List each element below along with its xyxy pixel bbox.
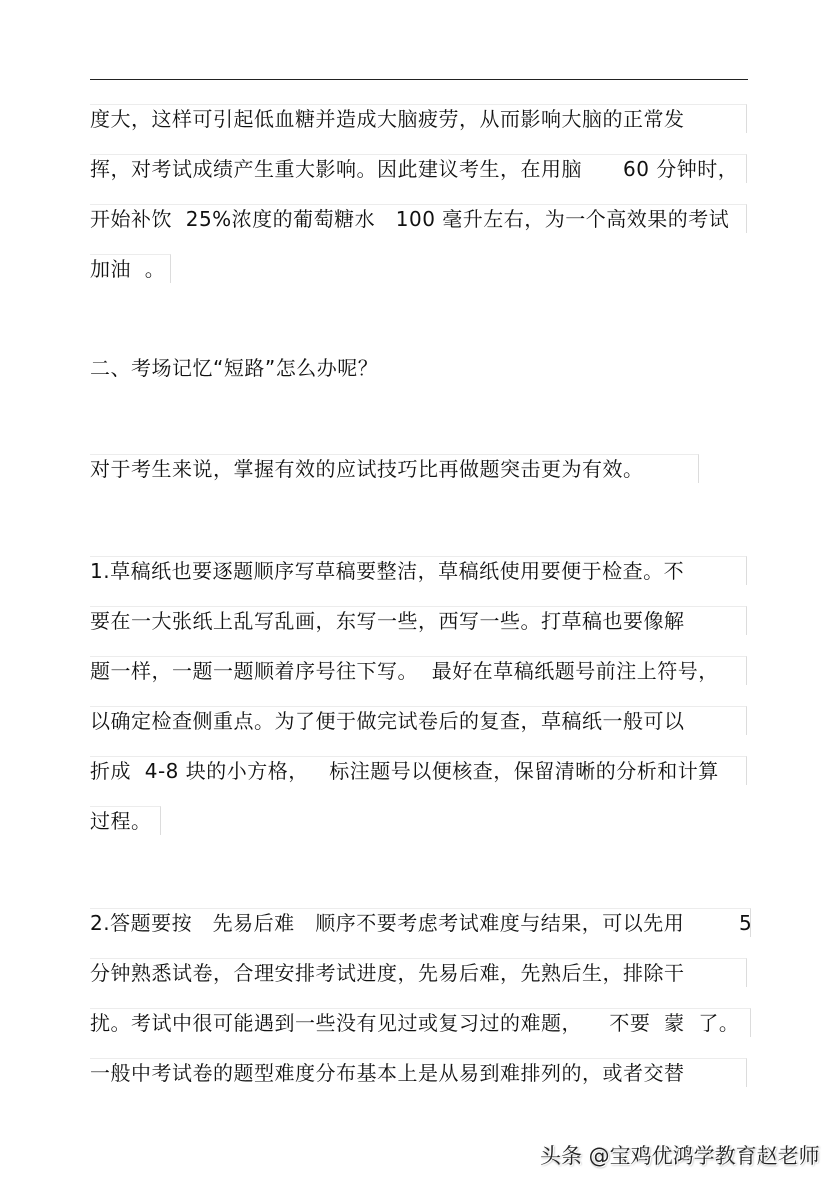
- text-line: 一般中考试卷的题型难度分布基本上是从易到难排列的，或者交替: [90, 1058, 747, 1087]
- text-line: 加油 。: [90, 254, 171, 283]
- text-line: 折成 4-8 块的小方格， 标注题号以便核查，保留清晰的分析和计算: [90, 756, 747, 785]
- text-line: 过程。: [90, 806, 161, 835]
- text-line: 度大，这样可引起低血糖并造成大脑疲劳，从而影响大脑的正常发: [90, 104, 747, 133]
- section-heading: 二、考场记忆“短路”怎么办呢？: [90, 354, 378, 382]
- text-line: 扰。考试中很可能遇到一些没有见过或复习过的难题， 不要 蒙 了。: [90, 1008, 751, 1037]
- text-line: 题一样，一题一题顺着序号往下写。 最好在草稿纸题号前注上符号，: [90, 656, 747, 685]
- text-line: 1.草稿纸也要逐题顺序写草稿要整洁，草稿纸使用要便于检查。不: [90, 556, 747, 585]
- watermark: 头条 @宝鸡优鸿学教育赵老师: [540, 1140, 820, 1170]
- text-line: 开始补饮 25%浓度的葡萄糖水 100 毫升左右，为一个高效果的考试: [90, 204, 747, 233]
- header-rule: [90, 79, 748, 80]
- text-line: 对于考生来说，掌握有效的应试技巧比再做题突击更为有效。: [90, 454, 699, 483]
- text-line: 要在一大张纸上乱写乱画，东写一些，西写一些。打草稿也要像解: [90, 606, 747, 635]
- text-line: 以确定检查侧重点。为了便于做完试卷后的复查，草稿纸一般可以: [90, 706, 747, 735]
- text-line: 分钟熟悉试卷，合理安排考试进度，先易后难，先熟后生，排除干: [90, 958, 747, 987]
- text-line: 2.答题要按 先易后难 顺序不要考虑考试难度与结果，可以先用 5: [90, 908, 751, 937]
- text-line: 挥，对考试成绩产生重大影响。因此建议考生，在用脑 60 分钟时，: [90, 154, 747, 183]
